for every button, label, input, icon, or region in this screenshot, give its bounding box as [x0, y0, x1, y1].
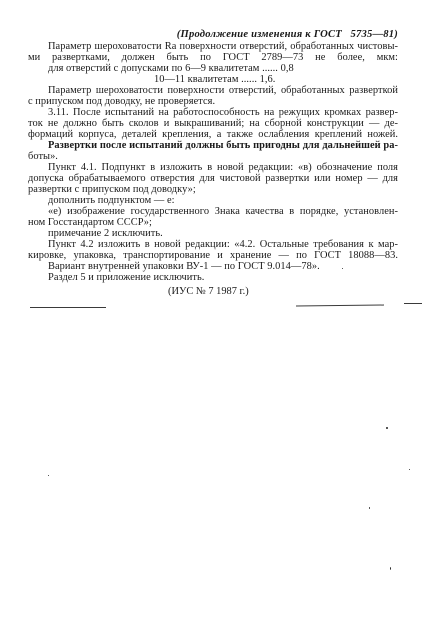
scan-speck [386, 427, 388, 429]
scan-speck [342, 268, 343, 269]
paragraph-line: 10—11 квалитетам ...... 1,6. [154, 74, 422, 85]
paragraph-line: развертки с припуском под доводку»; [28, 184, 398, 195]
paragraph-line: «е) изображение государственного Знака к… [48, 206, 398, 217]
paragraph-line: Раздел 5 и приложение исключить. [48, 272, 418, 283]
paragraph-line: Пункт 4.1. Подпункт в изложить в новой р… [48, 162, 398, 173]
paragraph-line: Параметр шероховатости Ra поверхности от… [48, 41, 398, 52]
scan-speck [409, 469, 410, 470]
paragraph-line: формаций корпуса, деталей крепления, а т… [28, 129, 398, 140]
paragraph-line: ми развертками, должен быть по ГОСТ 2789… [28, 52, 398, 63]
paragraph-line: ток не должно быть сколов и выкрашиваний… [28, 118, 398, 129]
page-header: (Продолжение изменения к ГОСТ 5735—81) [177, 29, 398, 40]
paragraph-line: Развертки после испытаний должны быть пр… [48, 140, 398, 151]
paragraph-line: допуска обрабатываемого отверстия для чи… [28, 173, 398, 184]
scan-speck [48, 475, 49, 476]
paragraph-line: с припуском под доводку, не проверяется. [28, 96, 398, 107]
paragraph-line: кировке, упаковка, транспортирование и х… [28, 250, 398, 261]
paragraph-line: дополнить подпунктом — е: [48, 195, 418, 206]
paragraph-line: ном Госстандартом СССР»; [28, 217, 398, 228]
source-reference: (ИУС № 7 1987 г.) [168, 286, 249, 297]
scan-rule-left [30, 307, 106, 308]
scan-speck [390, 567, 391, 570]
paragraph-line: Параметр шероховатости поверхности отвер… [48, 85, 398, 96]
paragraph-line: боты». [28, 151, 398, 162]
document-page: (Продолжение изменения к ГОСТ 5735—81) П… [0, 0, 422, 631]
paragraph-line: примечание 2 исключить. [48, 228, 418, 239]
scan-rule-right [296, 305, 384, 307]
scan-speck [369, 507, 370, 509]
scan-rule-edge [404, 303, 422, 304]
paragraph-line: Пункт 4.2 изложить в новой редакции: «4.… [48, 239, 398, 250]
paragraph-line: Вариант внутренней упаковки ВУ-1 — по ГО… [48, 261, 418, 272]
paragraph-line: 3.11. После испытаний на работоспособнос… [48, 107, 398, 118]
paragraph-line: для отверстий с допусками по 6—9 квалите… [48, 63, 418, 74]
